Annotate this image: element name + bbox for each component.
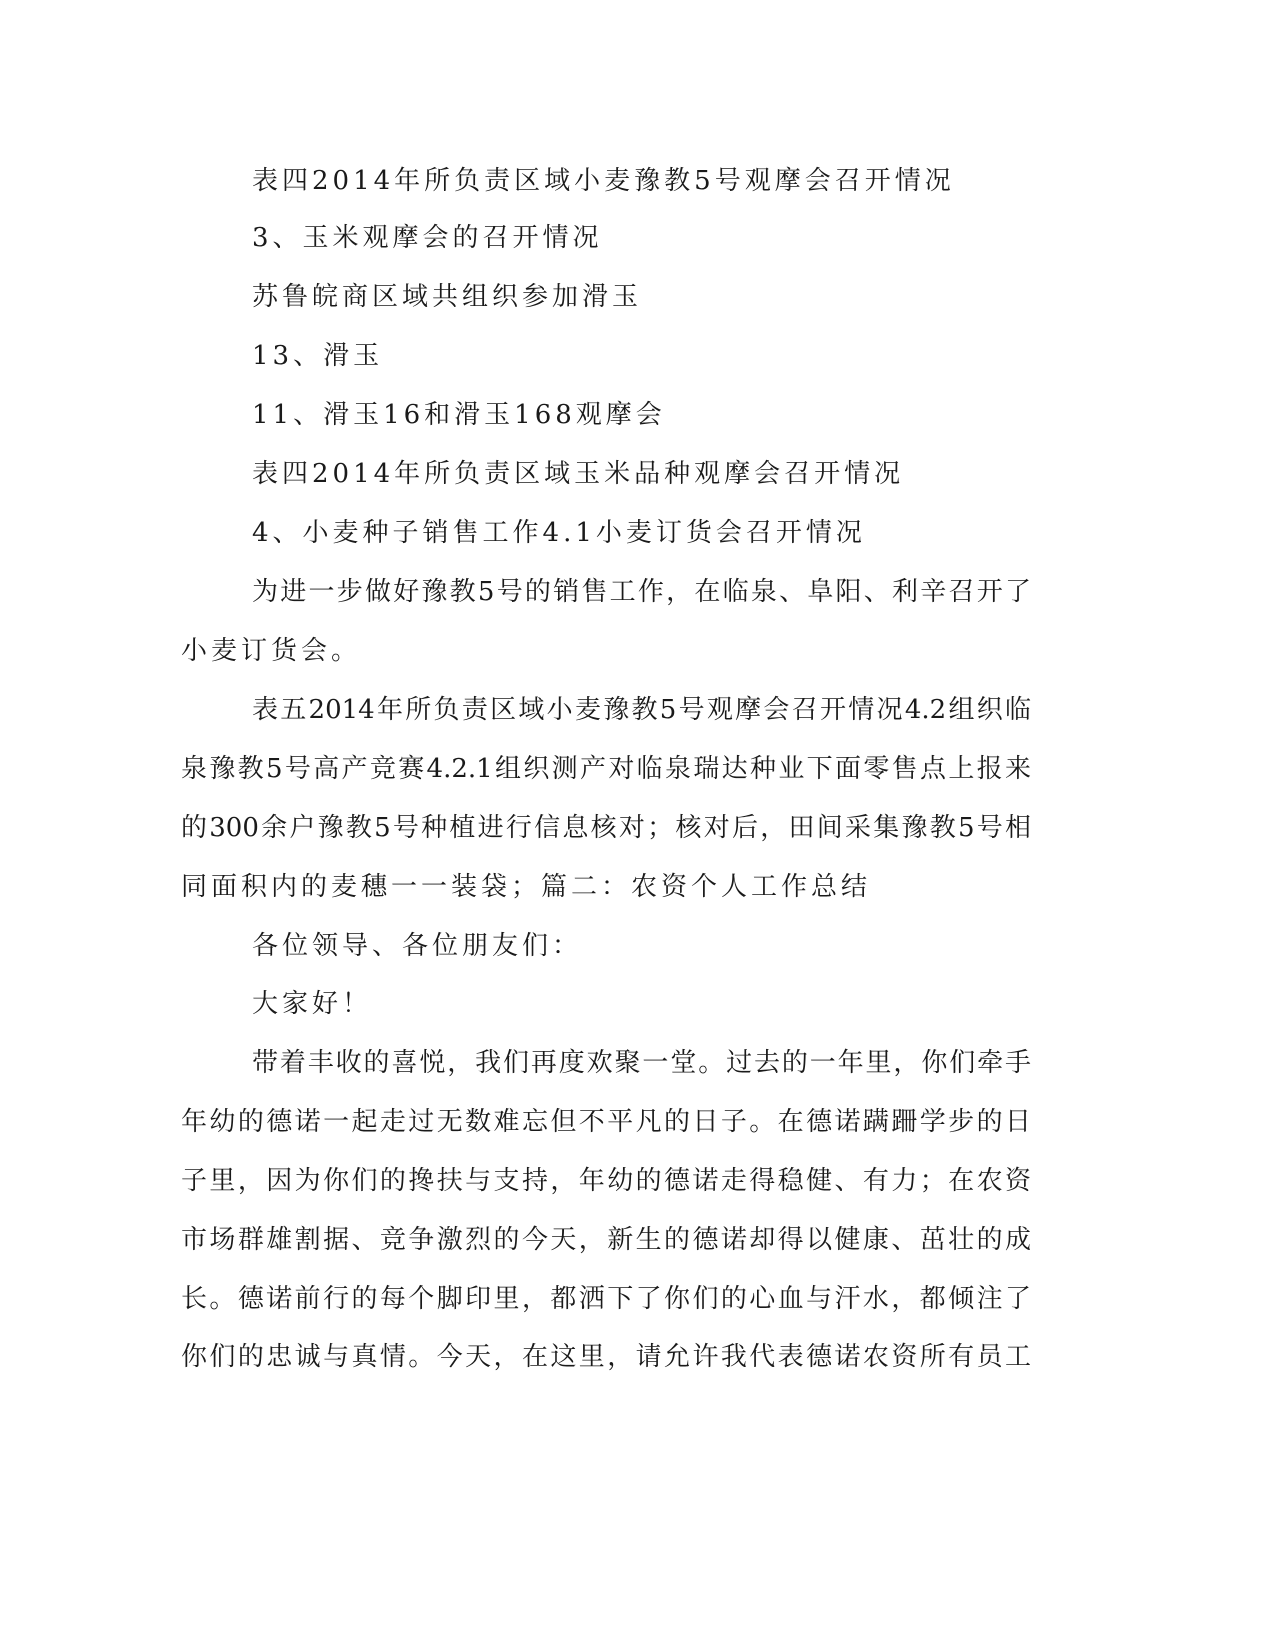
text-line: 表五2014年所负责区域小麦豫教5号观摩会召开情况4.2组织临 bbox=[252, 690, 1031, 730]
text-line: 11、滑玉16和滑玉168观摩会 bbox=[252, 395, 666, 435]
text-line: 3、玉米观摩会的召开情况 bbox=[252, 218, 603, 258]
text-line: 的300余户豫教5号种植进行信息核对；核对后，田间采集豫教5号相 bbox=[181, 808, 1031, 848]
text-line: 带着丰收的喜悦，我们再度欢聚一堂。过去的一年里，你们牵手 bbox=[252, 1043, 1031, 1083]
text-line: 同面积内的麦穗一一装袋；篇二：农资个人工作总结 bbox=[181, 867, 871, 907]
text-line: 市场群雄割据、竞争激烈的今天，新生的德诺却得以健康、茁壮的成 bbox=[181, 1220, 1031, 1260]
text-line: 为进一步做好豫教5号的销售工作，在临泉、阜阳、利辛召开了 bbox=[252, 572, 1031, 612]
text-line: 小麦订货会。 bbox=[181, 631, 361, 671]
text-line: 苏鲁皖商区域共组织参加滑玉 bbox=[252, 277, 642, 317]
text-line: 子里，因为你们的搀扶与支持，年幼的德诺走得稳健、有力；在农资 bbox=[181, 1161, 1031, 1201]
text-line: 你们的忠诚与真情。今天，在这里，请允许我代表德诺农资所有员工 bbox=[181, 1337, 1031, 1377]
text-line: 各位领导、各位朋友们： bbox=[252, 926, 582, 966]
text-line: 大家好！ bbox=[252, 984, 372, 1024]
text-line: 泉豫教5号高产竞赛4.2.1组织测产对临泉瑞达种业下面零售点上报来 bbox=[181, 749, 1031, 789]
text-line: 年幼的德诺一起走过无数难忘但不平凡的日子。在德诺蹒跚学步的日 bbox=[181, 1102, 1031, 1142]
text-line: 长。德诺前行的每个脚印里，都洒下了你们的心血与汗水，都倾注了 bbox=[181, 1279, 1031, 1319]
text-line: 表四2014年所负责区域小麦豫教5号观摩会召开情况 bbox=[252, 161, 955, 201]
text-line: 13、滑玉 bbox=[252, 336, 383, 376]
text-line: 表四2014年所负责区域玉米品种观摩会召开情况 bbox=[252, 454, 904, 494]
text-line: 4、小麦种子销售工作4.1小麦订货会召开情况 bbox=[252, 513, 866, 553]
document-page: 表四2014年所负责区域小麦豫教5号观摩会召开情况 3、玉米观摩会的召开情况 苏… bbox=[0, 0, 1275, 1650]
